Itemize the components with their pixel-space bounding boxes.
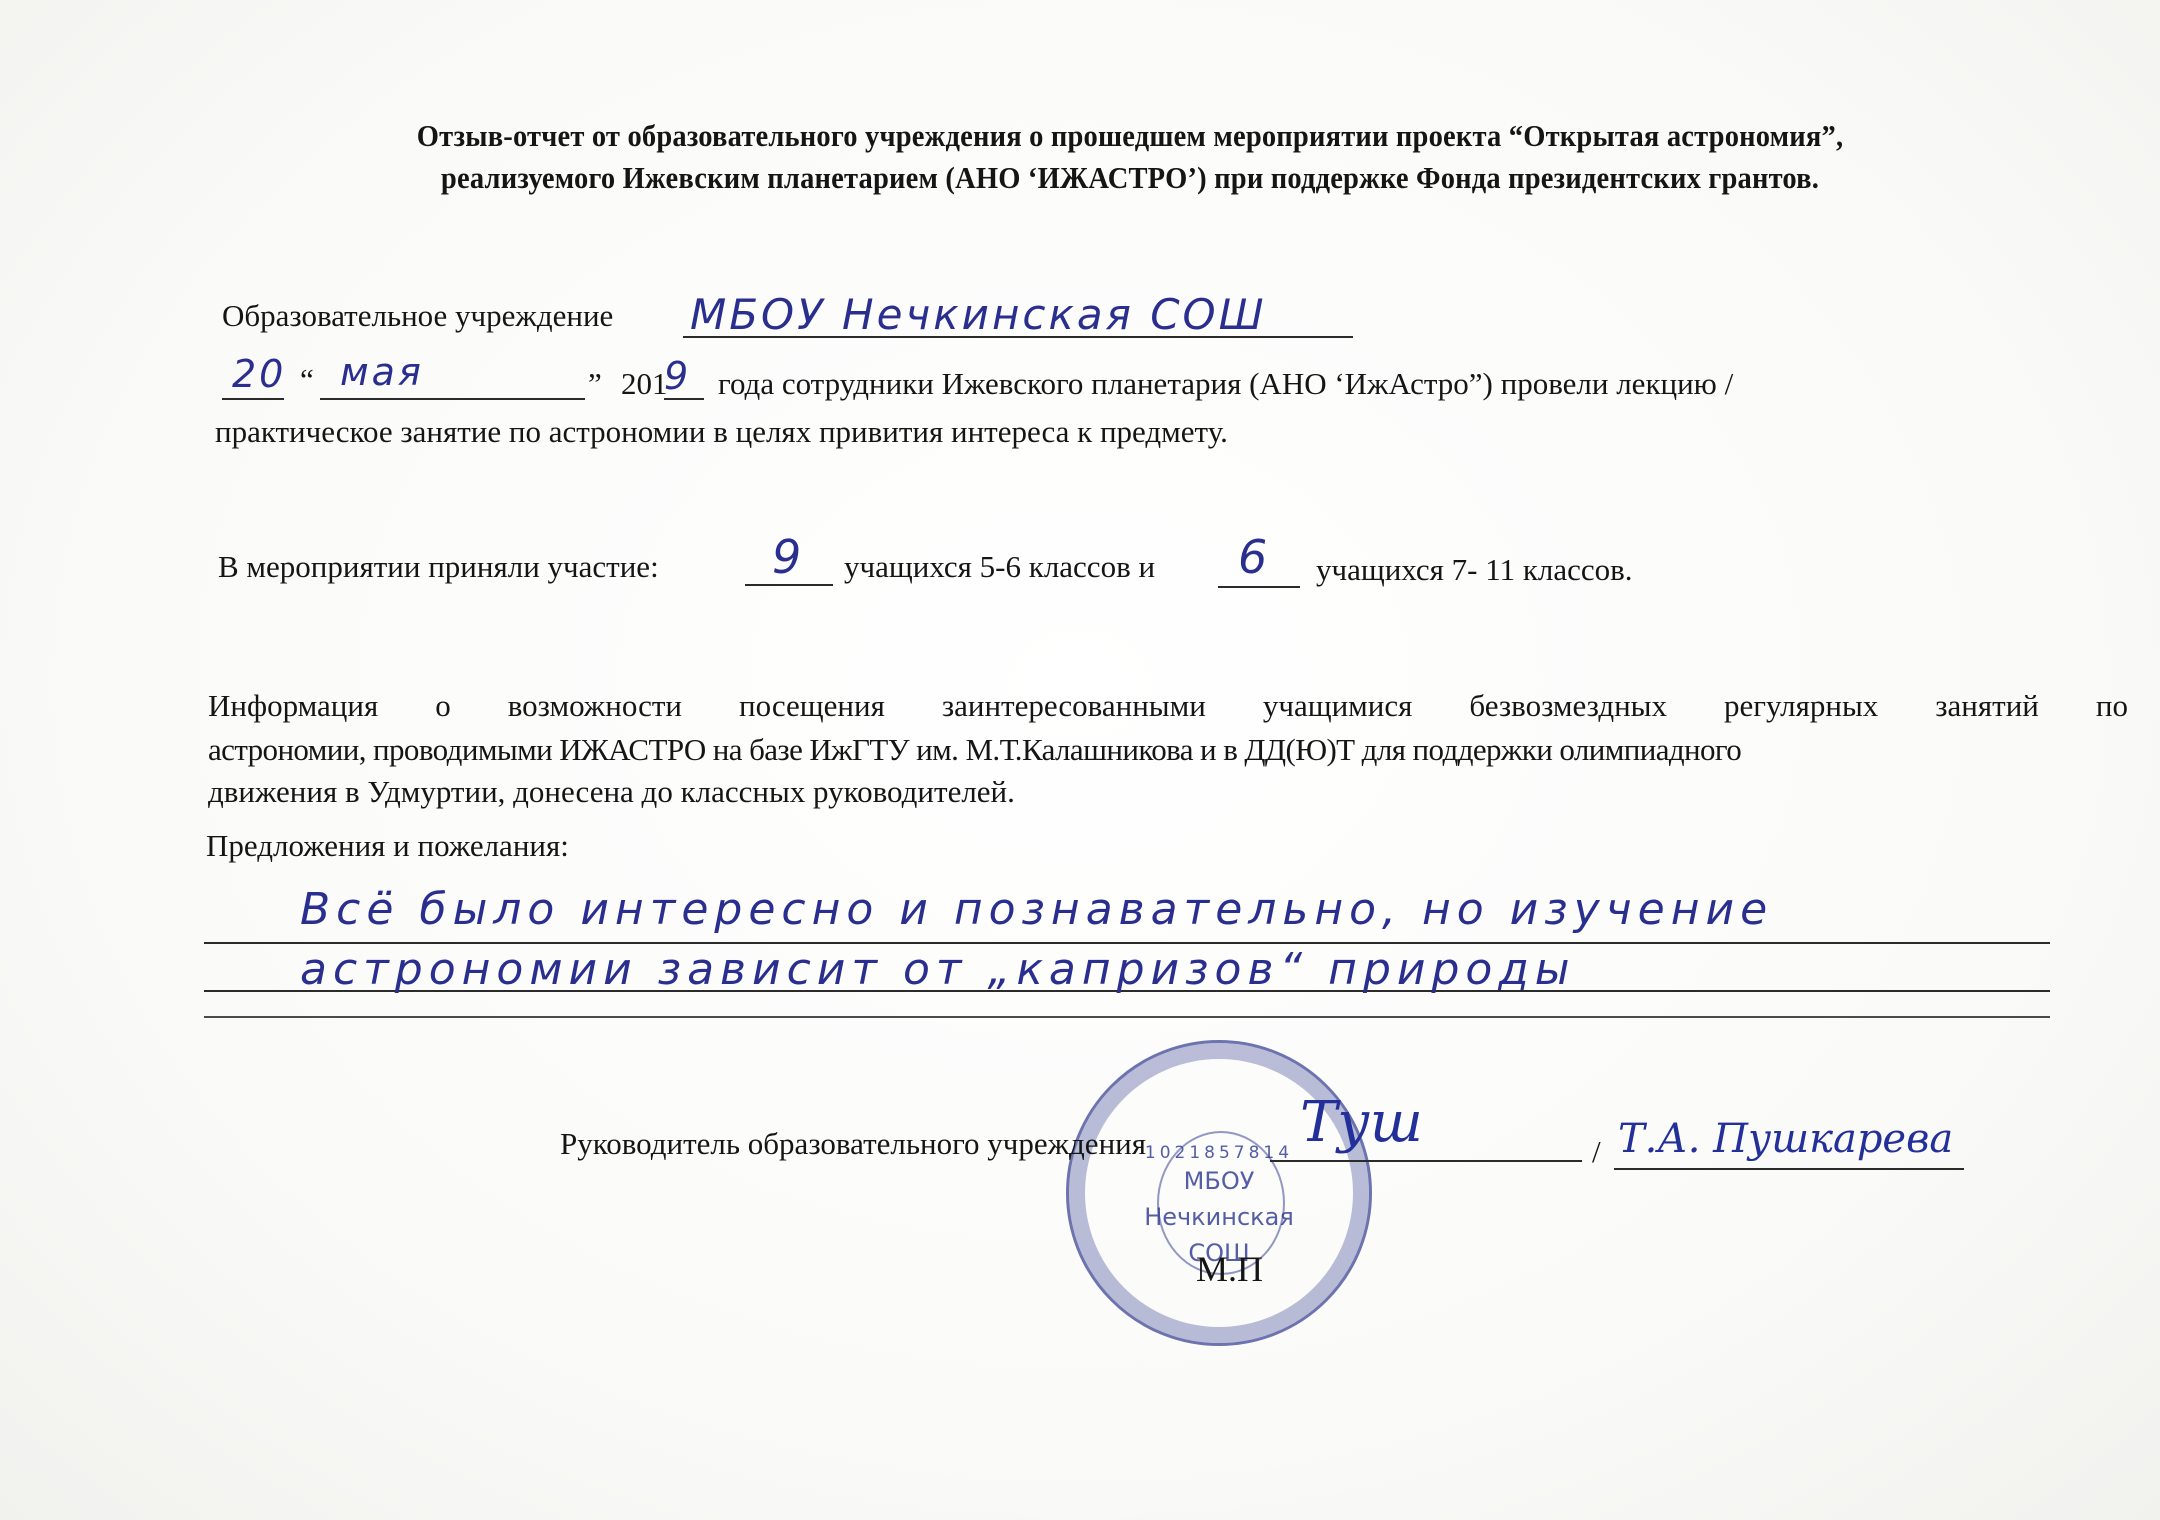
- signature-underline: [1270, 1160, 1582, 1162]
- month-underline: [320, 398, 585, 400]
- day-underline: [222, 398, 284, 400]
- suggestions-handwritten-2: астрономии зависит от „капризов“ природы: [300, 944, 1575, 995]
- count-5-6: 9: [772, 530, 804, 584]
- year-prefix: 201: [621, 364, 668, 404]
- document-title-line-1: Отзыв-отчет от образовательного учрежден…: [302, 116, 1958, 156]
- date-line-text: года сотрудники Ижевского планетария (АН…: [718, 364, 1733, 404]
- signature-separator: /: [1592, 1132, 1601, 1172]
- open-quote: “: [300, 360, 314, 400]
- participants-7-11-text: учащихся 7- 11 классов.: [1316, 550, 1633, 590]
- stamp-center-2: Нечкинская: [1069, 1203, 1369, 1231]
- suggestions-label: Предложения и пожелания:: [206, 826, 569, 866]
- signature-label: Руководитель образовательного учреждения: [560, 1124, 1146, 1164]
- participants-5-6-text: учащихся 5-6 классов и: [844, 547, 1155, 587]
- stamp-place-label: М.П: [1196, 1248, 1263, 1290]
- official-stamp: 1021857814 МБОУ Нечкинская СОШ: [1066, 1040, 1372, 1346]
- suggestions-line-3: [204, 1016, 2050, 1018]
- name-underline: [1614, 1168, 1964, 1170]
- signatory-name: Т.А. Пушкарева: [1618, 1116, 1953, 1162]
- year-underline: [664, 398, 704, 400]
- date-day: 20: [232, 352, 286, 396]
- close-quote: ”: [588, 364, 602, 404]
- year-suffix: 9: [664, 354, 691, 398]
- info-line-1: Информация о возможности посещения заинт…: [208, 686, 2128, 726]
- date-line-2: практическое занятие по астрономии в цел…: [215, 412, 1228, 452]
- signature-mark: Туш: [1300, 1090, 1423, 1155]
- stamp-center-1: МБОУ: [1069, 1167, 1369, 1195]
- count-5-6-underline: [745, 584, 833, 586]
- count-7-11-underline: [1218, 586, 1300, 588]
- participants-label: В мероприятии приняли участие:: [218, 547, 659, 587]
- document-title-line-2: реализуемого Ижевским планетарием (АНО ‘…: [302, 158, 1958, 198]
- info-line-3: движения в Удмуртии, донесена до классны…: [208, 772, 1015, 812]
- info-line-2: астрономии, проводимыми ИЖАСТРО на базе …: [208, 730, 1741, 770]
- document-page: Отзыв-отчет от образовательного учрежден…: [0, 0, 2160, 1520]
- suggestions-handwritten-1: Всё было интересно и познавательно, но и…: [300, 884, 1773, 935]
- institution-label: Образовательное учреждение: [222, 296, 613, 336]
- count-7-11: 6: [1238, 530, 1270, 584]
- institution-value: МБОУ Нечкинская СОШ: [690, 290, 1267, 339]
- date-month: мая: [340, 350, 424, 394]
